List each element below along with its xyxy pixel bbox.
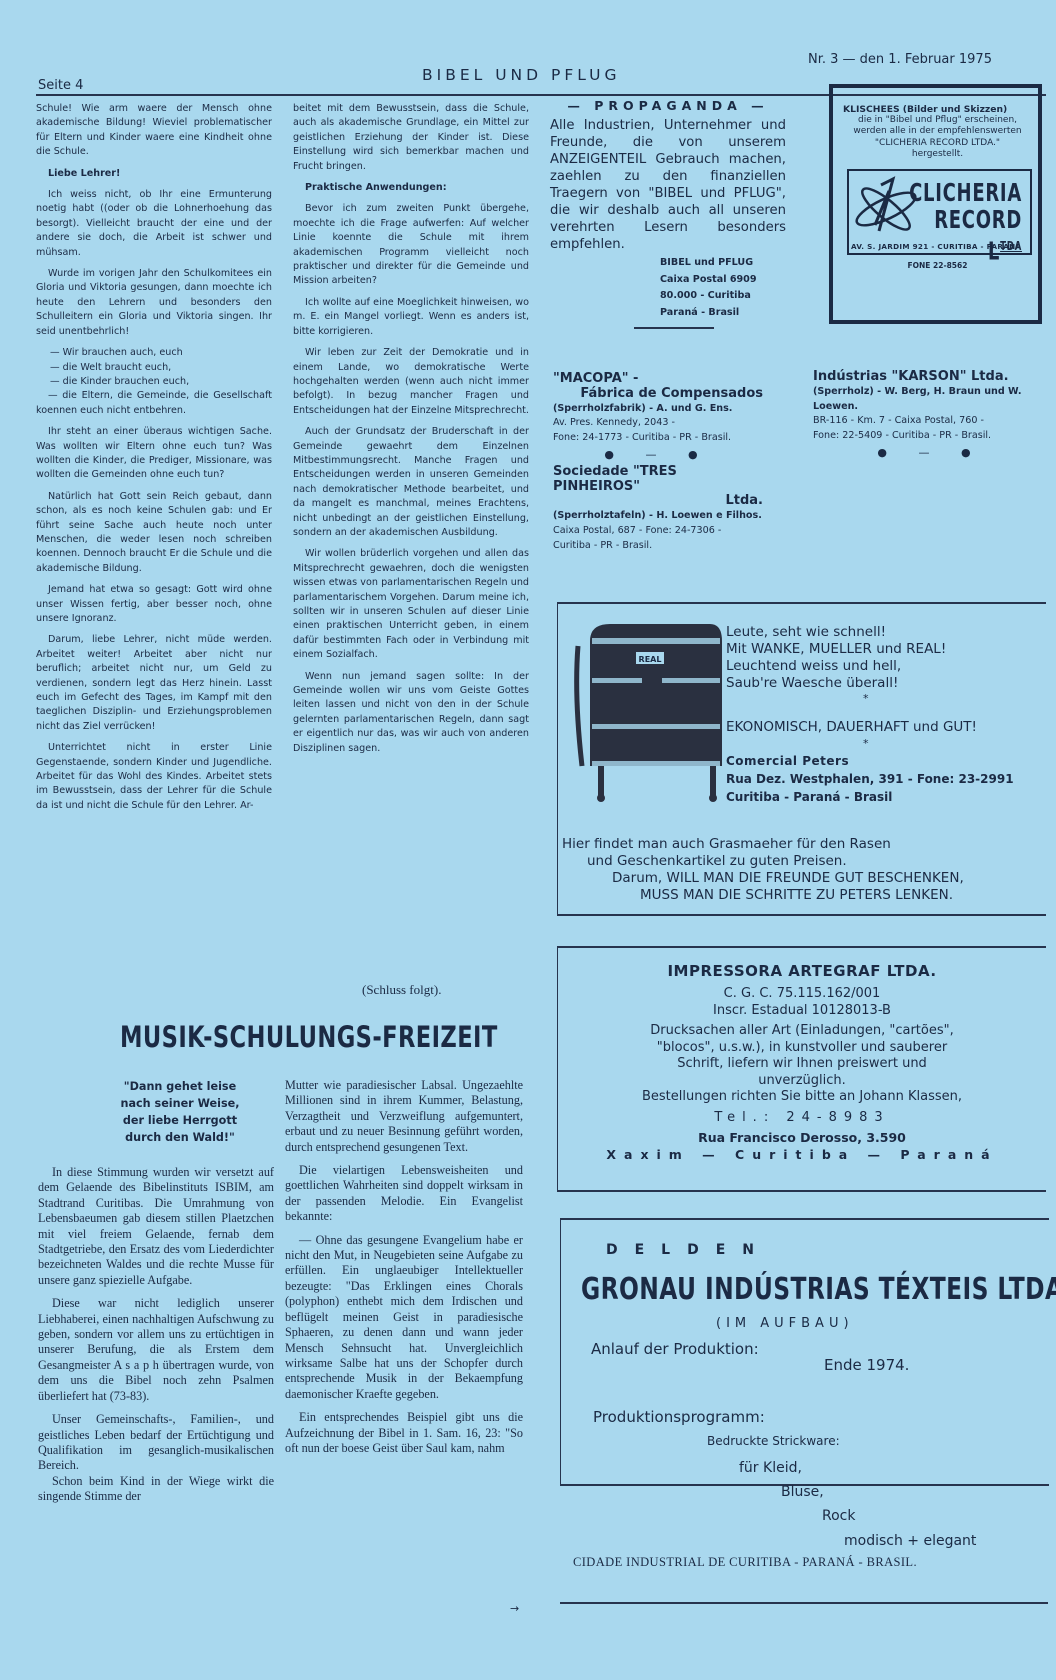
paragraph: Wir leben zur Zeit der Demokratie und in… [293,346,529,418]
list-item: — die Welt braucht euch, [36,361,272,375]
paragraph: Unterrichtet nicht in erster Linie Gegen… [36,741,272,813]
ad-text: Drucksachen aller Art (Einladungen, "car… [558,1023,1046,1040]
ad-cgc: C. G. C. 75.115.162/001 [558,986,1046,1003]
paragraph: Ihr steht an einer überaus wichtigen Sac… [36,425,272,483]
paragraph: In diese Stimmung wurden wir versetzt au… [38,1165,274,1288]
section-divider [634,327,714,329]
logo-text: CLICHERIA RECORD LTDA [897,179,1022,264]
paragraph: beitet mit dem Bewusstsein, dass die Sch… [293,102,529,174]
subheading: Praktische Anwendungen: [293,181,529,195]
ad-text: Bestellungen richten Sie bitte an Johann… [558,1089,1046,1106]
page-number: Seite 4 [38,78,83,93]
paragraph: Ich weiss nicht, ob Ihr eine Ermunterung… [36,188,272,260]
to-be-continued-note: (Schluss folgt). [362,982,441,998]
company-status: (IM AUFBAU) [716,1316,854,1331]
company-owners: (Sperrholztafeln) - H. Loewen e Filhos. [553,509,763,524]
paragraph: — Ohne das gesungene Evangelium habe er … [285,1233,523,1402]
paragraph: Schule! Wie arm waere der Mensch ohne ak… [36,102,272,160]
star-ornament: * [863,737,869,750]
paragraph: Ein entsprechendes Beispiel gibt uns die… [285,1410,523,1456]
address-line: BIBEL und PFLUG [660,255,786,272]
company-address: BR-116 - Km. 7 - Caixa Postal, 760 - [813,414,1049,429]
clicheria-record-ad: KLISCHEES (Bilder und Skizzen) die in "B… [829,84,1042,324]
company-name: "MACOPA" - [553,372,763,387]
musik-article-column-2: Mutter wie paradiesischer Labsal. Ungeza… [285,1078,523,1464]
issue-date: Nr. 3 — den 1. Februar 1975 [808,52,992,67]
star-ornament: * [863,692,869,705]
article-epigraph: "Dann gehet leise nach seiner Weise, der… [105,1078,255,1146]
ad-text: Schrift, liefern wir Ihnen preiswert und [558,1056,1046,1073]
company-phone: Fone: 24-1773 - Curitiba - PR - Brasil. [553,431,763,446]
ad-border-bottom [560,1602,1048,1604]
ad-company-name: IMPRESSORA ARTEGRAF LTDA. [558,962,1046,980]
list-item: — die Kinder brauchen euch, [36,375,272,389]
address-line: 80.000 - Curitiba [660,288,786,305]
address-line: Caixa Postal 6909 [660,272,786,289]
company-address: Caixa Postal, 687 - Fone: 24-7306 - [553,524,763,539]
paragraph: Die vielartigen Lebensweisheiten und goe… [285,1163,523,1225]
ad-slogan-2: EKONOMISCH, DAUERHAFT und GUT! [726,719,977,735]
masthead-title: BIBEL UND PFLUG [422,66,620,84]
artegraf-ad: IMPRESSORA ARTEGRAF LTDA. C. G. C. 75.11… [557,946,1046,1192]
product-type: Bedruckte Strickware: [707,1434,840,1448]
musik-article-column-1: In diese Stimmung wurden wir versetzt au… [38,1165,274,1513]
paragraph: Auch der Grundsatz der Bruderschaft in d… [293,425,529,540]
product-tagline: modisch + elegant [844,1533,976,1549]
propaganda-address: BIBEL und PFLUG Caixa Postal 6909 80.000… [660,255,786,321]
ad-company: "CLICHERIA RECORD LTDA." [843,138,1032,149]
ad-slogan: Leute, seht wie schnell! Mit WANKE, MUEL… [726,624,946,692]
company-name: GRONAU INDÚSTRIAS TÉXTEIS LTDA. [581,1272,1056,1307]
company-subtitle: Fábrica de Compensados [553,387,763,402]
company-owners: (Sperrholz) - W. Berg, H. Braun und W. L… [813,385,1049,415]
list-item: — Wir brauchen auch, euch [36,346,272,360]
divider-dots: ● — ● [553,448,763,463]
karson-ad: Indústrias "KARSON" Ltda. (Sperrholz) - … [813,370,1049,463]
divider-dots: ● — ● [813,446,1049,461]
product-item: Bluse, [781,1484,824,1500]
clicheria-logo: CLICHERIA RECORD LTDA AV. S. JARDIM 921 … [847,169,1032,255]
ad-inscr: Inscr. Estadual 10128013-B [558,1003,1046,1020]
article-column-1: Schule! Wie arm waere der Mensch ohne ak… [36,102,272,820]
product-item: für Kleid, [739,1460,802,1476]
paragraph: Jemand hat etwa so gesagt: Gott wird ohn… [36,583,272,626]
company-city: Curitiba - PR - Brasil. [553,539,763,554]
paragraph: Wenn nun jemand sagen sollte: In der Gem… [293,670,529,756]
paragraph: Mutter wie paradiesischer Labsal. Ungeza… [285,1078,523,1155]
production-start-value: Ende 1974. [824,1356,909,1374]
logo-address: AV. S. JARDIM 921 - CURITIBA - PARANÁ [851,242,1021,251]
macopa-ad: "MACOPA" - Fábrica de Compensados (Sperr… [553,372,763,554]
comercial-peters-ad: REAL Leute, seht wie schnell! Mit WANKE,… [557,602,1046,916]
paragraph: Darum, liebe Lehrer, nicht müde werden. … [36,633,272,734]
product-item: Rock [822,1508,855,1524]
paragraph: Unser Gemeinschafts-, Familien-, und gei… [38,1412,274,1474]
brand-name: DELDEN [606,1242,771,1258]
production-start-label: Anlauf der Produktion: [591,1340,759,1358]
article-column-2: beitet mit dem Bewusstsein, dass die Sch… [293,102,529,763]
company-location: CIDADE INDUSTRIAL DE CURITIBA - PARANÁ -… [573,1555,917,1570]
company-address: Av. Pres. Kennedy, 2043 - [553,416,763,431]
propaganda-body: Alle Industrien, Unternehmer und Freunde… [550,117,786,253]
ad-company: Comercial Peters Rua Dez. Westphalen, 39… [726,752,1014,806]
article-headline: MUSIK-SCHULUNGS-FREIZEIT [120,1020,498,1054]
continue-arrow-icon: → [510,1602,519,1615]
company-name: Sociedade "TRES PINHEIROS" [553,465,763,495]
washing-machine-illustration-icon: REAL [570,616,725,806]
svg-text:REAL: REAL [639,655,662,664]
production-program-label: Produktionsprogramm: [593,1408,765,1426]
paragraph: Diese war nicht lediglich unserer Liebha… [38,1296,274,1404]
ad-bottom-text: Hier findet man auch Grasmaeher für den … [562,836,964,904]
ad-text: "blocos", u.s.w.), in kunstvoller und sa… [558,1040,1046,1057]
ad-text: die in "Bibel und Pflug" erscheinen, wer… [843,115,1032,138]
propaganda-notice: — PROPAGANDA — Alle Industrien, Unterneh… [550,98,786,329]
paragraph: Wurde im vorigen Jahr den Schulkomitees … [36,267,272,339]
ad-city: Xaxim — Curitiba — Paraná [558,1147,1046,1162]
ad-phone: Tel.: 24-8983 [558,1110,1046,1125]
paragraph: Wir wollen brüderlich vorgehen und allen… [293,547,529,662]
paragraph: — die Eltern, die Gemeinde, die Gesellsc… [36,389,272,418]
paragraph: Schon beim Kind in der Wiege wirkt die s… [38,1474,274,1505]
paragraph: Bevor ich zum zweiten Punkt übergehe, mo… [293,202,529,288]
ad-text: unverzüglich. [558,1073,1046,1090]
ad-address: Rua Francisco Derosso, 3.590 [558,1129,1046,1147]
ad-text: hergestellt. [843,149,1032,160]
gronau-textile-ad: DELDEN GRONAU INDÚSTRIAS TÉXTEIS LTDA. (… [560,1218,1049,1486]
ad-heading: KLISCHEES (Bilder und Skizzen) [843,104,1032,115]
company-name: Indústrias "KARSON" Ltda. [813,370,1049,385]
address-line: Paraná - Brasil [660,305,786,322]
company-name-suffix: Ltda. [553,494,763,509]
subheading: Liebe Lehrer! [36,167,272,181]
paragraph: Ich wollte auf eine Moeglichkeit hinweis… [293,296,529,339]
paragraph: Natürlich hat Gott sein Reich gebaut, da… [36,490,272,576]
company-owners: (Sperrholzfabrik) - A. und G. Ens. [553,402,763,417]
propaganda-title: — PROPAGANDA — [550,98,786,113]
company-phone: Fone: 22-5409 - Curitiba - PR - Brasil. [813,429,1049,444]
